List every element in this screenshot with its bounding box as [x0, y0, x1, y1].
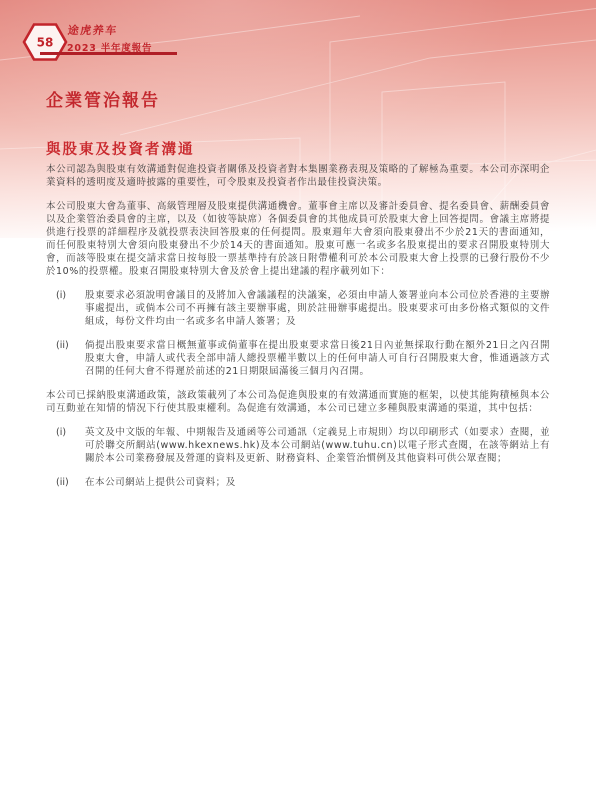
page-title: 企業管治報告	[46, 86, 160, 111]
list-text: 股東要求必須說明會議目的及將加入會議議程的決議案，必須由申請人簽署並向本公司位於…	[85, 289, 550, 328]
company-logo-text: 途虎养车	[67, 22, 154, 38]
list-marker: (i)	[56, 289, 85, 328]
list-text: 在本公司網站上提供公司資料；及	[85, 476, 550, 489]
paragraph-communication-importance: 本公司認為與股東有效溝通對促進投資者關係及投資者對本集團業務表現及策略的了解極為…	[46, 163, 550, 189]
list-text: 英文及中文版的年報、中期報告及通函等公司通訊（定義見上市規則）均以印刷形式（如要…	[85, 426, 550, 465]
section-title: 與股東及投資者溝通	[46, 138, 195, 159]
list-item-requisition-i: (i) 股東要求必須說明會議目的及將加入會議議程的決議案，必須由申請人簽署並向本…	[46, 289, 550, 328]
report-page: 58 途虎养车 2023 半年度報告 企業管治報告 與股東及投資者溝通 本公司認…	[0, 0, 596, 808]
list-item-requisition-ii: (ii) 倘提出股東要求當日概無董事或倘董事在提出股東要求當日後21日內並無採取…	[46, 339, 550, 378]
page-header: 58 途虎养车 2023 半年度報告	[22, 22, 242, 62]
page-number: 58	[37, 36, 54, 50]
body-text: 本公司認為與股東有效溝通對促進投資者關係及投資者對本集團業務表現及策略的了解極為…	[46, 163, 550, 500]
list-marker: (i)	[56, 426, 85, 465]
paragraph-communication-policy: 本公司已採納股東溝通政策，該政策載列了本公司為促進與股東的有效溝通而實施的框架，…	[46, 389, 550, 415]
brand-block: 途虎养车 2023 半年度報告	[67, 22, 152, 54]
list-marker: (ii)	[56, 476, 85, 489]
list-item-channels-ii: (ii) 在本公司網站上提供公司資料；及	[46, 476, 550, 489]
list-marker: (ii)	[56, 339, 85, 378]
paragraph-general-meetings: 本公司股東大會為董事、高級管理層及股東提供溝通機會。董事會主席以及審計委員會、提…	[46, 200, 550, 278]
page-number-hexagon: 58	[22, 22, 68, 62]
list-item-channels-i: (i) 英文及中文版的年報、中期報告及通函等公司通訊（定義見上市規則）均以印刷形…	[46, 426, 550, 465]
list-text: 倘提出股東要求當日概無董事或倘董事在提出股東要求當日後21日內並無採取行動在額外…	[85, 339, 550, 378]
header-rule	[40, 52, 177, 55]
